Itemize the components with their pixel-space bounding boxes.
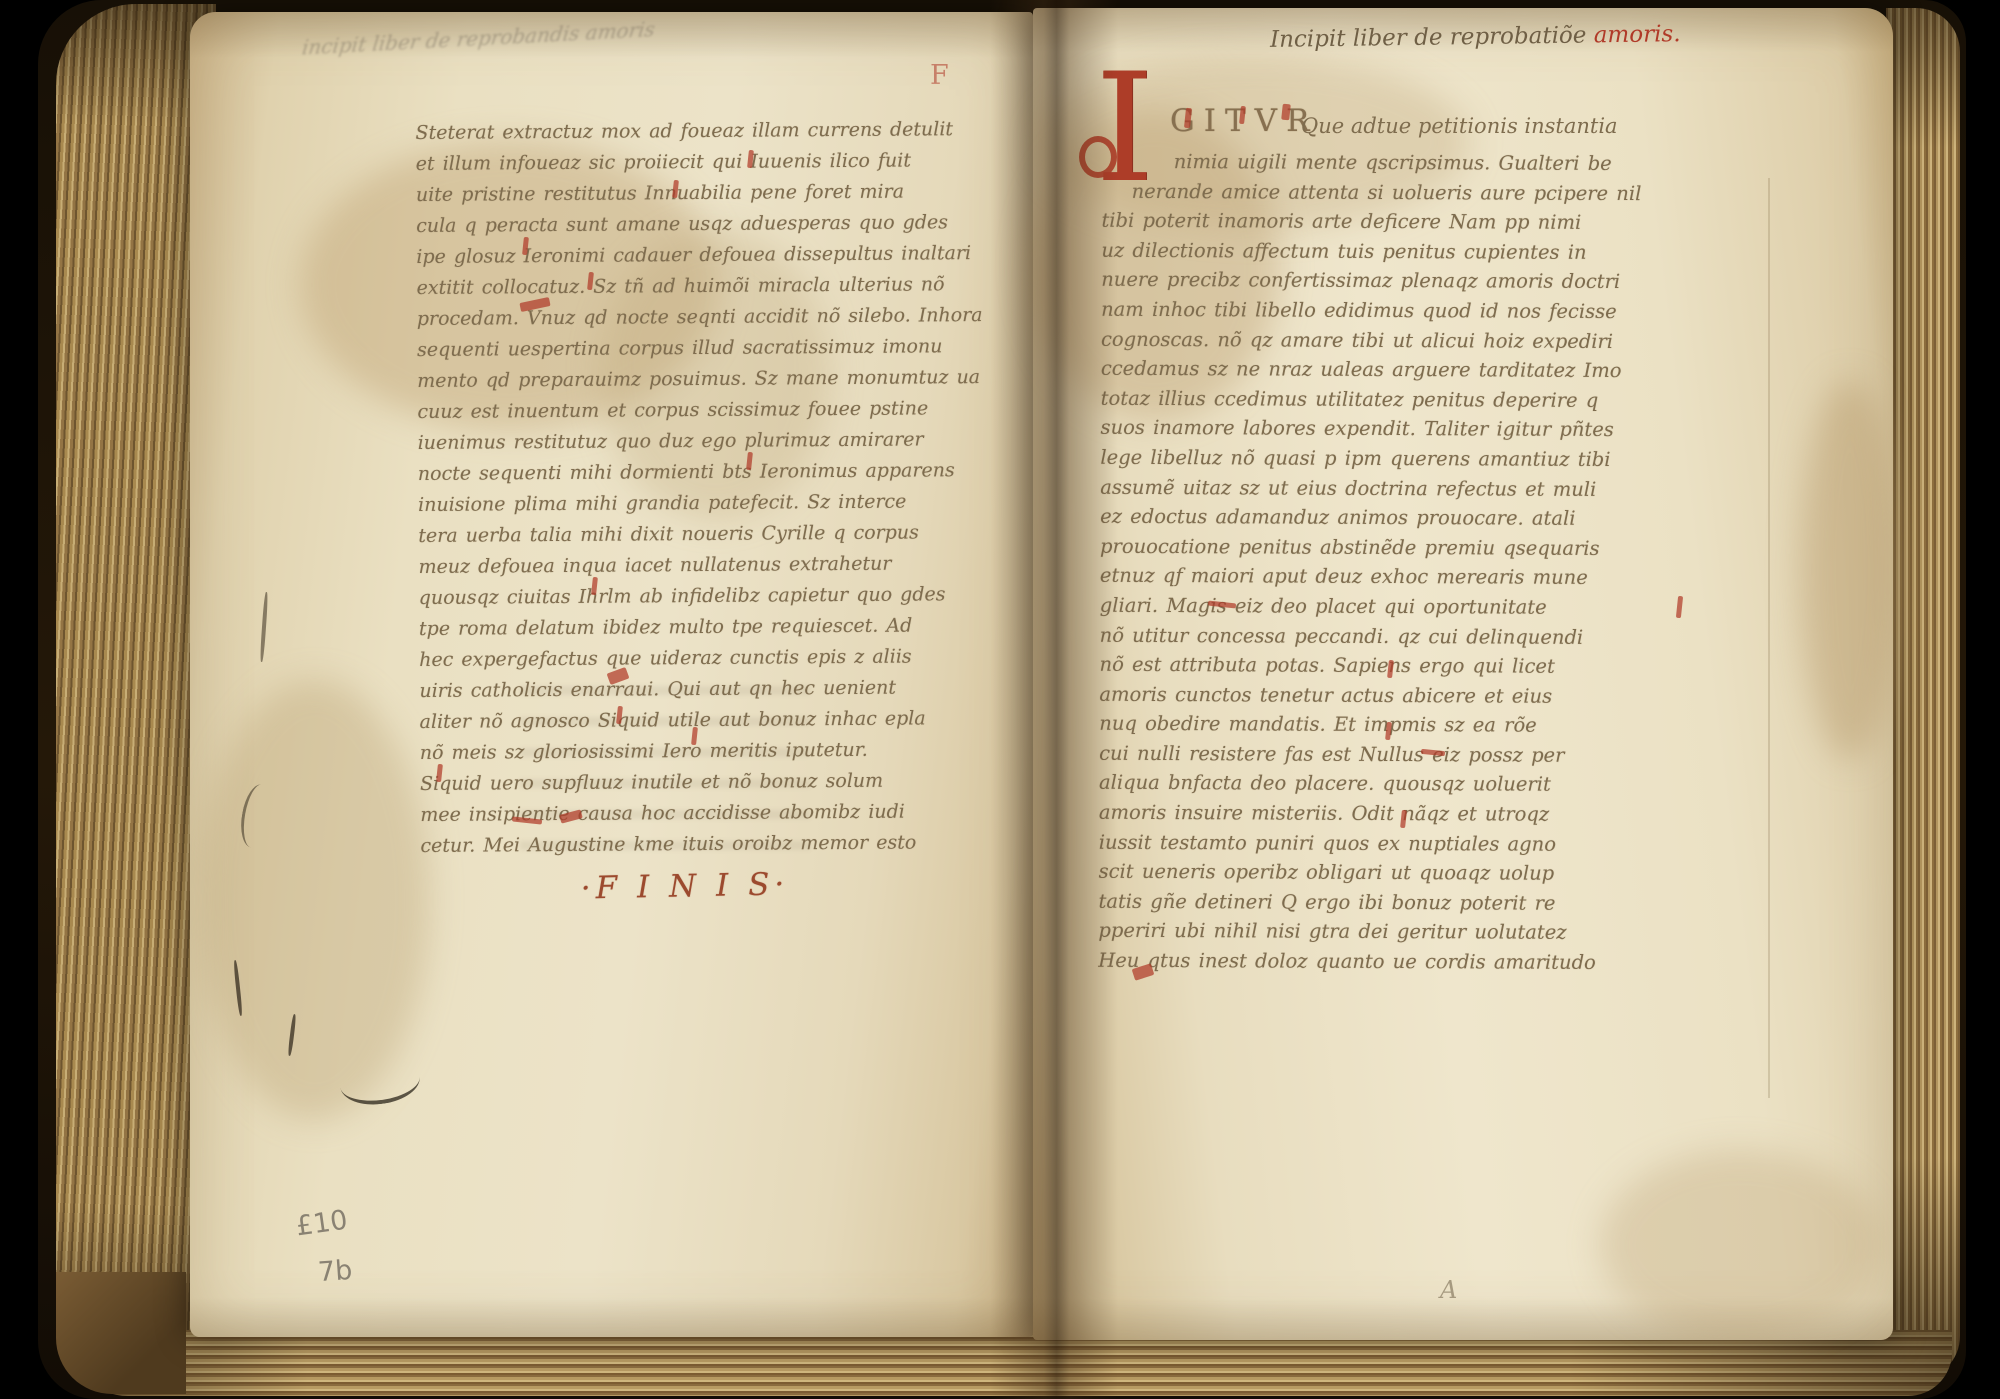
manuscript-line: nõ utitur concessa peccandi. qz cui deli… [1100, 620, 1675, 652]
manuscript-line: nõ meis sz gloriosissimi Iero meritis ip… [420, 734, 980, 769]
manuscript-line: meuz defouea inqua iacet nullatenus extr… [418, 548, 978, 583]
red-corner-letter: F [930, 60, 949, 91]
manuscript-line: gliari. Magis eiz deo placet qui oportun… [1100, 591, 1675, 623]
manuscript-line: cetur. Mei Augustine kme ituis oroibz me… [420, 827, 980, 862]
manuscript-line: cuuz est inuentum et corpus scissimuz fo… [417, 393, 977, 428]
ink-smudge [237, 782, 277, 850]
manuscript-line: ccedamus sz ne nraz ualeas arguere tardi… [1101, 354, 1676, 386]
manuscript-line: hec expergefactus que uideraz cunctis ep… [419, 641, 979, 676]
manuscript-line: cognoscas. nõ qz amare tibi ut alicui ho… [1101, 324, 1676, 356]
stain [1600, 1150, 1880, 1340]
right-page: Incipit liber de reprobatiõe amoris. I G… [1033, 8, 1893, 1340]
manuscript-line: etnuz qf maiori aput deuz exhoc merearis… [1100, 561, 1675, 593]
manuscript-line: scit ueneris operibz obligari ut quoaqz … [1099, 857, 1674, 889]
manuscript-line: Siquid uero supfluuz inutile et nõ bonuz… [420, 765, 980, 800]
manuscript-line: mee insipientie causa hoc accidisse abom… [420, 796, 980, 831]
manuscript-line: cui nulli resistere fas est Nullus eiz p… [1099, 739, 1674, 771]
manuscript-line: quousqz ciuitas Ihrlm ab infidelibz capi… [419, 579, 979, 614]
manuscript-line: aliter nõ agnosco Siquid utile aut bonuz… [420, 703, 980, 738]
manuscript-line: amoris insuire misteriis. Odit nãqz et u… [1099, 798, 1674, 830]
manuscript-line: nimia uigili mente qscripsimus. Gualteri… [1102, 147, 1677, 179]
pencil-folio-mark: 7b [317, 1255, 353, 1288]
manuscript-line: extitit collocatuz. Sz tñ ad huimõi mira… [416, 269, 976, 304]
open-book: incipit liber de reprobandis amoris F St… [38, 0, 1966, 1399]
offset-ghost-text: incipit liber de reprobandis amoris [301, 17, 657, 60]
ink-smudge [260, 592, 269, 662]
manuscript-line: Steterat extractuz mox ad foueaz illam c… [415, 114, 975, 149]
manuscript-line: ipe glosuz Ieronimi cadauer defouea diss… [416, 238, 976, 273]
rubric-mark [1676, 596, 1683, 618]
left-page: incipit liber de reprobandis amoris F St… [190, 12, 1033, 1337]
right-text-block: nimia uigili mente qscripsimus. Gualteri… [1098, 147, 1677, 978]
ink-smudge [287, 1014, 296, 1056]
left-text-block: Steterat extractuz mox ad foueaz illam c… [415, 114, 980, 862]
manuscript-line: assumẽ uitaz sz ut eius doctrina refectu… [1100, 472, 1675, 504]
page-edges-right [1886, 8, 1960, 1380]
manuscript-line: prouocatione penitus abstinẽde premiu qs… [1100, 531, 1675, 563]
manuscript-line: tpe roma delatum ibidez multo tpe requie… [419, 610, 979, 645]
manuscript-line: aliqua bnfacta deo placere. quousqz uolu… [1099, 768, 1674, 800]
stain [1800, 380, 1900, 760]
manuscript-line: nuere precibz confertissimaz plenaqz amo… [1101, 265, 1676, 297]
manuscript-line: suos inamore labores expendit. Taliter i… [1101, 413, 1676, 445]
manuscript-line: tibi poterit inamoris arte deficere Nam … [1101, 206, 1676, 238]
rubric-mark [1281, 104, 1291, 121]
manuscript-line: Heu qtus inest doloz quanto ue cordis am… [1098, 946, 1673, 978]
incipit-text: Incipit liber de reprobatiõe [1270, 22, 1594, 53]
ink-smudge [233, 960, 243, 1016]
manuscript-line: nocte sequenti mihi dormienti bts Ieroni… [418, 455, 978, 490]
rubric-incipit-title: Incipit liber de reprobatiõe amoris. [1270, 21, 1681, 53]
binding-board-corner [56, 1272, 186, 1394]
manuscript-line: amoris cunctos tenetur actus abicere et … [1099, 679, 1674, 711]
manuscript-line: nam inhoc tibi libello edidimus quod id … [1101, 295, 1676, 327]
manuscript-line: cula q peracta sunt amane usqz aduespera… [416, 207, 976, 242]
manuscript-line: uz dilectionis affectum tuis penitus cup… [1101, 236, 1676, 268]
incipit-red-text: amoris. [1594, 21, 1681, 48]
manuscript-line: tatis gñe detineri Q ergo ibi bonuz pote… [1098, 887, 1673, 919]
pencil-price-mark: £10 [294, 1205, 349, 1243]
manuscript-line: ez edoctus adamanduz animos prouocare. a… [1100, 502, 1675, 534]
manuscript-line: inuisione plima mihi grandia patefecit. … [418, 486, 978, 521]
manuscript-line: mento qd preparauimz posuimus. Sz mane m… [417, 362, 977, 397]
manuscript-line: iuenimus restitutuz quo duz ego plurimuz… [418, 424, 978, 459]
manuscript-line: iussit testamto puniri quos ex nuptiales… [1099, 827, 1674, 859]
manuscript-photo: incipit liber de reprobandis amoris F St… [0, 0, 2000, 1399]
manuscript-line: uite pristine restitutus Innuabilia pene… [416, 176, 976, 211]
manuscript-line: nerande amice attenta si uolueris aure p… [1102, 176, 1677, 208]
opening-line-text: Que adtue petitionis instantia [1301, 114, 1618, 138]
manuscript-line: tera uerba talia mihi dixit noueris Cyri… [418, 517, 978, 552]
finis-colophon: ·F I N I S· [420, 862, 991, 910]
stain [200, 680, 430, 1120]
manuscript-line: pperiri ubi nihil nisi gtra dei geritur … [1098, 916, 1673, 948]
ink-smudge [337, 1055, 422, 1110]
page-crease [1768, 178, 1770, 1098]
lower-margin-letter: A [1440, 1276, 1457, 1304]
manuscript-line: sequenti uespertina corpus illud sacrati… [417, 331, 977, 366]
manuscript-line: procedam. Vnuz qd nocte seqnti accidit n… [417, 300, 977, 335]
manuscript-line: et illum infoueaz sic proiiecit qui Iuue… [416, 145, 976, 180]
manuscript-line: uiris catholicis enarraui. Qui aut qn he… [419, 672, 979, 707]
manuscript-line: totaz illius ccedimus utilitatez penitus… [1101, 383, 1676, 415]
manuscript-line: lege libelluz nõ quasi p ipm querens ama… [1100, 443, 1675, 475]
